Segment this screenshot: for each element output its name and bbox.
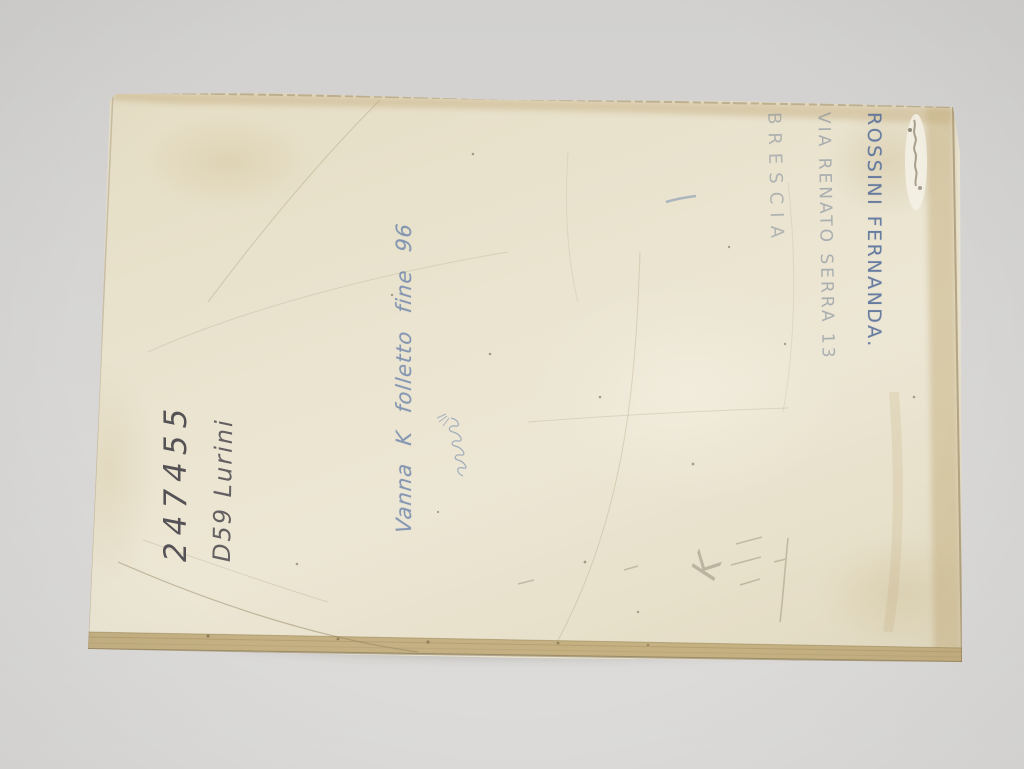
book-back-cover: ROSSINI FERNANDA. VIA RENATO SERRA 13 BR… [88,92,962,664]
scuff-speck [918,186,922,190]
handwritten-note: Vanna K folletto fine 96 [392,132,416,535]
page-edge-speck [647,644,650,647]
inventory-number: 247455 [158,312,194,562]
ink-scribble [425,412,470,482]
crease-line [556,252,640,644]
ink-dash [666,196,696,202]
page-edge-speck [337,638,340,641]
photo-backdrop: ROSSINI FERNANDA. VIA RENATO SERRA 13 BR… [0,0,1024,769]
crease-line [528,408,788,422]
address-city: BRESCIA [763,112,792,412]
handwritten-inventory-block: 247455 D59 Lurini [158,312,238,562]
address-name: ROSSINI FERNANDA. [863,112,885,412]
address-street: VIA RENATO SERRA 13 [813,112,838,412]
crease-line [566,152,578,302]
page-edge-speck [426,640,429,643]
left-edge [88,92,113,649]
inventory-code: D59 Lurini [208,312,240,562]
handwritten-address-block: ROSSINI FERNANDA. VIA RENATO SERRA 13 BR… [767,112,885,412]
page-edge-speck [206,634,209,637]
pencil-strokes [518,537,788,622]
stain-streak [888,392,898,632]
scuff-speck [908,128,912,132]
crease-line [208,100,380,302]
